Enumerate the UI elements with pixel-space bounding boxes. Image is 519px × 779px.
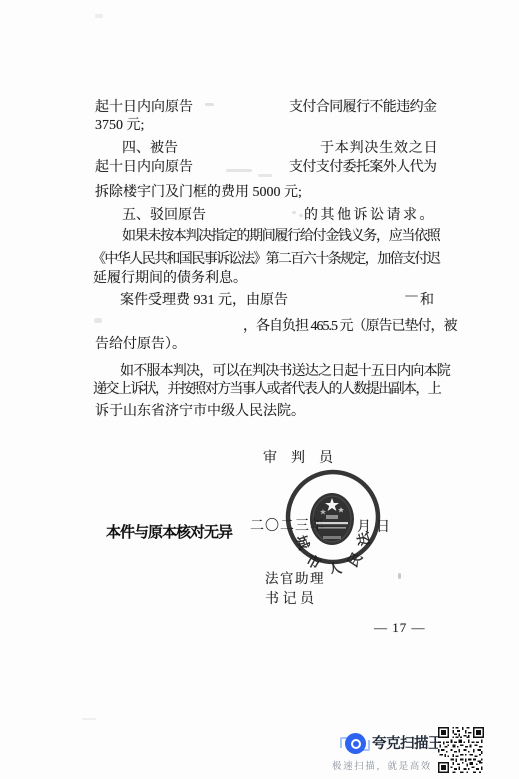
document-line: 如果未按本判决指定的期间履行给付金钱义务，应当依照 [0,225,519,245]
text-segment: 递交上诉状，并按照对方当事人或者代表人的人数提出副本，上 [93,378,440,398]
text-segment: 起十日内向原告 [95,96,193,116]
document-line: 3750 元; [0,114,519,134]
text-segment: 支付合同履行不能违约金 [289,96,436,116]
text-segment: 和 [420,289,434,309]
document-line: 《中华人民共和国民事诉讼法》第二百六十条规定，加倍支付迟 [0,248,519,268]
scan-artifact [398,573,401,579]
scan-artifact [95,14,103,18]
scanned-judgment-page: 起十日内向原告支付合同履行不能违约金3750 元;四、被告于本判决生效之日起十日… [0,0,519,779]
document-line: 四、被告于本判决生效之日 [0,137,519,157]
text-segment: 支付支付委托案外人代为 [289,156,436,176]
text-segment: 拆除楼宇门及门框的费用 5000 元; [95,181,302,201]
text-segment: 延履行期间的债务利息。 [93,267,247,287]
document-line: 诉于山东省济宁市中级人民法院。 [0,400,519,420]
page-number: — 17 — [374,620,426,636]
document-line: 如不服本判决，可以在判决书送达之日起十五日内向本院 [0,360,519,380]
document-line: 告给付原告）。 [0,333,519,353]
scan-artifact [94,318,102,323]
scan-artifact [82,718,96,720]
scanner-tagline: 极速扫描，就是高效 [332,758,432,772]
document-line: 递交上诉状，并按照对方当事人或者代表人的人数提出副本，上 [0,378,519,398]
text-segment: 《中华人民共和国民事诉讼法》第二百六十条规定，加倍支付迟 [92,248,439,268]
verification-stamp-text: 本件与原本核对无异 [106,521,232,542]
document-line: 延履行期间的债务利息。 [0,267,519,287]
scan-artifact [405,295,418,297]
quark-scanner-logo-icon [345,733,366,754]
document-line: 起十日内向原告支付支付委托案外人代为 [0,156,519,176]
scan-artifact [299,214,303,217]
scanner-watermark: 夸克扫描王 极速扫描，就是高效 [330,724,500,776]
text-segment: 四、被告 [122,137,178,157]
scan-artifact [292,211,296,214]
clerk-label: 书 记 员 [265,588,314,608]
text-segment: 如不服本判决，可以在判决书送达之日起十五日内向本院 [120,360,450,380]
document-line: 五、驳回原告的其他诉讼请求。 [0,204,519,224]
scan-artifact [258,174,272,177]
national-emblem-icon [310,493,354,545]
text-segment: ，各自负担 465.5 元（原告已垫付，被 [243,315,457,335]
qr-code-icon [438,727,484,773]
document-line: ，各自负担 465.5 元（原告已垫付，被 [0,315,519,335]
scan-artifact [226,169,252,172]
text-segment: 3750 元; [95,114,144,134]
text-segment: 如果未按本判决指定的期间履行给付金钱义务，应当依照 [122,225,440,245]
document-line: 拆除楼宇门及门框的费用 5000 元; [0,181,519,201]
court-seal: 城市人民法 [283,462,385,574]
text-segment: 诉于山东省济宁市中级人民法院。 [95,400,305,420]
text-segment: 五、驳回原告 [122,204,206,224]
scanner-brand-name: 夸克扫描王 [372,732,442,753]
text-segment: 起十日内向原告 [95,156,193,176]
document-line: 起十日内向原告支付合同履行不能违约金 [0,96,519,116]
text-segment: 于本判决生效之日 [320,137,438,157]
document-line: 案件受理费 931 元，由原告和 [0,289,519,309]
text-segment: 案件受理费 931 元，由原告 [120,289,288,309]
scan-artifact [205,103,214,106]
text-segment: 告给付原告）。 [95,333,186,353]
text-segment: 的其他诉讼请求。 [304,204,436,224]
